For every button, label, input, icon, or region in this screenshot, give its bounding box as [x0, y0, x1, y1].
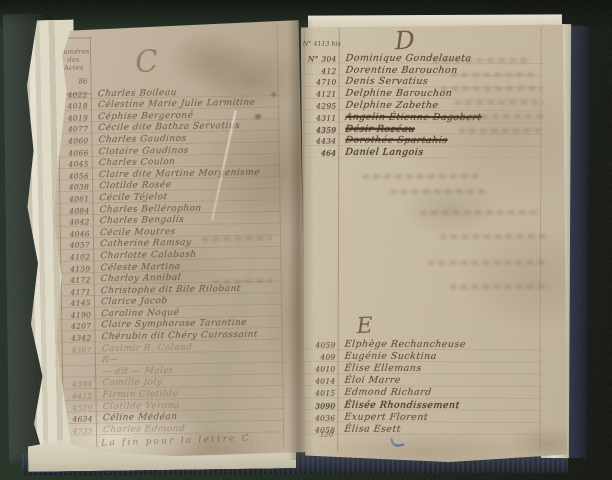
person-name: Daniel Langois	[345, 147, 424, 158]
person-name: Eugénie Sucktina	[344, 351, 437, 362]
person-name: Élisée Rhondissement	[344, 399, 461, 410]
person-name: Cécile Moutres	[99, 227, 176, 238]
act-number: 4190	[59, 310, 95, 320]
person-name: Catherine Ramsay	[100, 238, 192, 249]
register-row: 4058 Élisa Esett	[301, 422, 541, 435]
act-number: 4172	[59, 275, 95, 285]
person-name: Caroline Noqué	[101, 308, 180, 319]
bleed-through-smudge	[390, 189, 488, 195]
act-number: 4038	[57, 183, 93, 193]
register-row: 464 Daniel Langois	[302, 146, 542, 159]
act-number: 4084	[57, 206, 93, 216]
right-page: D N° 4113 bis N° 304 Dominique Gondelaue…	[299, 24, 569, 463]
act-number: 4042	[58, 217, 94, 227]
bleed-through-smudge	[448, 114, 544, 120]
act-number: 3090	[301, 401, 339, 410]
scanned-register-photo: Numéros des Actes 86 C 4022 Charles Boil…	[0, 0, 612, 480]
act-number: 4102	[58, 252, 94, 262]
left-page: Numéros des Actes 86 C 4022 Charles Boil…	[49, 20, 308, 460]
bleed-through-smudge	[450, 284, 550, 290]
act-number: 4036	[301, 413, 339, 422]
register-row: 4434 Dorothée Spartahis	[302, 134, 542, 147]
act-number: 464	[302, 149, 340, 158]
person-name: Denis Servatius	[345, 76, 429, 87]
person-name: Charles Gaudinos	[98, 134, 187, 145]
person-name: Charlotte Calabash	[100, 250, 197, 262]
act-number: N° 304	[303, 54, 341, 63]
bleed-through-smudge	[451, 72, 539, 77]
act-number: 4014	[302, 377, 340, 386]
person-name: Christophe dit Bile Rilobant	[100, 284, 241, 296]
act-number: 4311	[302, 113, 340, 122]
act-number: 412	[303, 66, 341, 75]
person-name: Charles Edmond	[103, 424, 186, 435]
bleed-through-smudge	[458, 128, 540, 133]
person-name: Delphine Zabethe	[345, 100, 439, 111]
person-name: Charloy Annibal	[100, 273, 181, 284]
person-name: Charles Bellérophon	[99, 203, 202, 215]
person-name: Clotilde Verona	[102, 401, 180, 412]
register-row: 4015 Edmond Richard	[301, 386, 541, 399]
register-row: 409 Eugénie Sucktina	[302, 350, 542, 363]
register-row: 4036 Exupert Florent	[301, 410, 541, 423]
act-number: 4061	[57, 194, 93, 204]
person-name: Éloi Marre	[344, 375, 402, 386]
section-letter-e: E	[356, 313, 374, 339]
person-name: Charles Coulon	[98, 157, 175, 168]
person-name: Charles Boileau	[97, 88, 177, 99]
section-count-label: 120	[305, 431, 333, 439]
bleed-through-smudge	[362, 174, 480, 180]
act-number: 4359	[302, 125, 340, 134]
register-row: 4014 Éloi Marre	[302, 374, 542, 387]
person-name: Edmond Richard	[344, 387, 432, 398]
act-number: 4066	[57, 148, 93, 158]
act-number: 4145	[59, 299, 95, 309]
person-name: Désir Rozéau	[345, 123, 416, 134]
person-name: Clotilde Rosée	[99, 180, 172, 191]
act-number: 4295	[302, 102, 340, 111]
person-name: Charles Bengalis	[99, 215, 184, 226]
person-name: Exupert Florent	[344, 411, 429, 422]
act-number: 4059	[302, 341, 340, 350]
blue-ink-mark	[390, 436, 404, 449]
person-name: Dorentine Barouchon	[345, 64, 458, 75]
act-number: 4159	[58, 264, 94, 274]
person-name: Céphise Bergeroné	[98, 111, 194, 123]
person-name: Clarice Jacob	[101, 296, 168, 307]
person-name: Dorothée Spartahis	[345, 135, 448, 146]
act-number: 4060	[56, 136, 92, 146]
act-number: 4434	[302, 137, 340, 146]
register-row: 4059 Elphège Rechancheuse	[302, 338, 542, 351]
register-row: 4010 Élise Ellemans	[302, 362, 542, 375]
section-end-note: La fin pour la lettre C.	[101, 433, 256, 448]
register-row: 3090 Élisée Rhondissement	[301, 398, 541, 411]
register-entries-c: 4022 Charles Boileau 4018 Célestine Mari…	[56, 84, 285, 435]
act-number: 4121	[303, 90, 341, 99]
person-name: Clotaire Gaudinos	[98, 145, 189, 156]
person-name: Céleste Martina	[100, 261, 181, 272]
person-name: Cécile Téjelot	[99, 192, 168, 203]
person-name: Delphine Barouchon	[345, 88, 453, 99]
act-number: 4171	[59, 287, 95, 297]
act-number: 4207	[59, 322, 95, 332]
person-name: Élisa Esett	[344, 423, 402, 434]
act-number: 409	[302, 353, 340, 362]
bleed-through-smudge	[433, 58, 531, 64]
person-name: Elphège Rechancheuse	[344, 339, 466, 350]
act-number: 4045	[57, 159, 93, 169]
person-name: Élise Ellemans	[344, 363, 422, 374]
register-entries-e: 4059 Elphège Rechancheuse 409 Eugénie Su…	[301, 338, 541, 436]
bleed-through-smudge	[420, 210, 540, 216]
person-name: R—	[101, 355, 119, 365]
section-letter-c: C	[134, 44, 161, 81]
act-number: 4046	[58, 229, 94, 239]
bleed-through-smudge	[454, 100, 544, 105]
act-number-bis: N° 4113 bis	[301, 41, 341, 48]
bleed-through-smudge	[440, 234, 550, 240]
act-number: 4056	[57, 171, 93, 181]
act-number: 4015	[301, 389, 339, 398]
act-number: 4057	[58, 241, 94, 251]
bleed-through-smudge	[441, 86, 543, 92]
act-number: 4710	[303, 78, 341, 87]
act-number: 4010	[302, 365, 340, 374]
bleed-through-smudge	[428, 260, 546, 266]
